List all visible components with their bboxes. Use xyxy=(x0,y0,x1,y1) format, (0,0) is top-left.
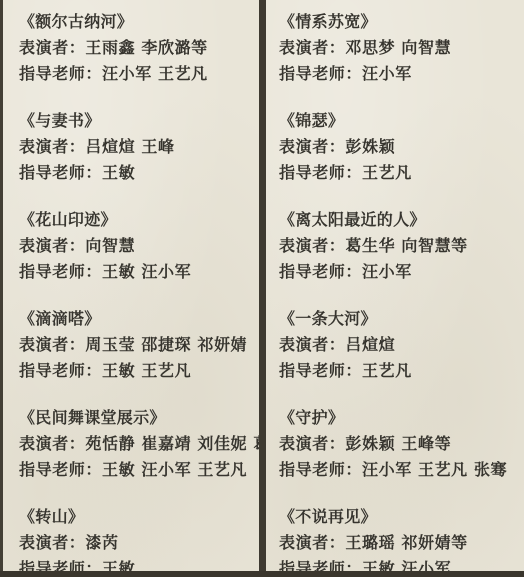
program-entry: 《花山印迹》 表演者：向智慧 指导老师：王敏 汪小军 xyxy=(19,207,259,285)
program-entry: 《一条大河》 表演者：吕煊煊 指导老师：王艺凡 xyxy=(279,306,524,384)
program-instructors: 指导老师：汪小军 xyxy=(279,259,524,285)
program-entry: 《滴滴嗒》 表演者：周玉莹 邵捷琛 祁妍婧 指导老师：王敏 王艺凡 xyxy=(19,306,259,384)
program-entry: 《与妻书》 表演者：吕煊煊 王峰 指导老师：王敏 xyxy=(19,108,259,186)
program-instructors: 指导老师：汪小军 王艺凡 张骞 xyxy=(279,457,524,483)
program-performers: 表演者：彭姝颖 王峰等 xyxy=(279,431,524,457)
program-entry: 《不说再见》 表演者：王璐瑶 祁妍婧等 指导老师：王敏 汪小军 xyxy=(279,504,524,572)
program-performers: 表演者：王雨鑫 李欣潞等 xyxy=(19,35,259,61)
program-title: 《滴滴嗒》 xyxy=(19,306,259,332)
program-title: 《一条大河》 xyxy=(279,306,524,332)
program-performers: 表演者：王璐瑶 祁妍婧等 xyxy=(279,530,524,556)
program-entry: 《守护》 表演者：彭姝颖 王峰等 指导老师：汪小军 王艺凡 张骞 xyxy=(279,405,524,483)
program-performers: 表演者：邓思梦 向智慧 xyxy=(279,35,524,61)
program-column-right: 《情系苏宽》 表演者：邓思梦 向智慧 指导老师：汪小军 《锦瑟》 表演者：彭姝颖… xyxy=(266,0,524,572)
program-instructors: 指导老师：王敏 xyxy=(19,556,259,572)
program-entry: 《民间舞课堂展示》 表演者：苑恬静 崔嘉靖 刘佳妮 葛生华等 指导老师：王敏 汪… xyxy=(19,405,259,483)
program-instructors: 指导老师：汪小军 xyxy=(279,61,524,87)
program-entry: 《锦瑟》 表演者：彭姝颖 指导老师：王艺凡 xyxy=(279,108,524,186)
program-column-left: 《额尔古纳河》 表演者：王雨鑫 李欣潞等 指导老师：汪小军 王艺凡 《与妻书》 … xyxy=(3,0,259,572)
program-performers: 表演者：吕煊煊 王峰 xyxy=(19,134,259,160)
program-performers: 表演者：葛生华 向智慧等 xyxy=(279,233,524,259)
program-performers: 表演者：漆芮 xyxy=(19,530,259,556)
program-instructors: 指导老师：王敏 xyxy=(19,160,259,186)
program-performers: 表演者：苑恬静 崔嘉靖 刘佳妮 葛生华等 xyxy=(19,431,259,457)
program-title: 《花山印迹》 xyxy=(19,207,259,233)
program-instructors: 指导老师：汪小军 王艺凡 xyxy=(19,61,259,87)
program-title: 《离太阳最近的人》 xyxy=(279,207,524,233)
program-title: 《锦瑟》 xyxy=(279,108,524,134)
program-entry: 《离太阳最近的人》 表演者：葛生华 向智慧等 指导老师：汪小军 xyxy=(279,207,524,285)
program-entry: 《转山》 表演者：漆芮 指导老师：王敏 xyxy=(19,504,259,572)
program-title: 《守护》 xyxy=(279,405,524,431)
program-entry: 《额尔古纳河》 表演者：王雨鑫 李欣潞等 指导老师：汪小军 王艺凡 xyxy=(19,9,259,87)
program-performers: 表演者：向智慧 xyxy=(19,233,259,259)
program-instructors: 指导老师：王敏 汪小军 xyxy=(19,259,259,285)
program-title: 《情系苏宽》 xyxy=(279,9,524,35)
program-entry: 《情系苏宽》 表演者：邓思梦 向智慧 指导老师：汪小军 xyxy=(279,9,524,87)
program-title: 《与妻书》 xyxy=(19,108,259,134)
column-divider-line xyxy=(259,0,266,577)
document-photo: 《额尔古纳河》 表演者：王雨鑫 李欣潞等 指导老师：汪小军 王艺凡 《与妻书》 … xyxy=(0,0,524,577)
program-title: 《不说再见》 xyxy=(279,504,524,530)
program-title: 《民间舞课堂展示》 xyxy=(19,405,259,431)
program-title: 《额尔古纳河》 xyxy=(19,9,259,35)
program-title: 《转山》 xyxy=(19,504,259,530)
program-performers: 表演者：吕煊煊 xyxy=(279,332,524,358)
program-instructors: 指导老师：王敏 汪小军 王艺凡 xyxy=(19,457,259,483)
photo-edge-left xyxy=(0,0,3,577)
program-instructors: 指导老师：王艺凡 xyxy=(279,358,524,384)
program-instructors: 指导老师：王敏 汪小军 xyxy=(279,556,524,572)
program-performers: 表演者：彭姝颖 xyxy=(279,134,524,160)
program-instructors: 指导老师：王敏 王艺凡 xyxy=(19,358,259,384)
program-performers: 表演者：周玉莹 邵捷琛 祁妍婧 xyxy=(19,332,259,358)
program-instructors: 指导老师：王艺凡 xyxy=(279,160,524,186)
photo-edge-bottom xyxy=(0,571,524,577)
